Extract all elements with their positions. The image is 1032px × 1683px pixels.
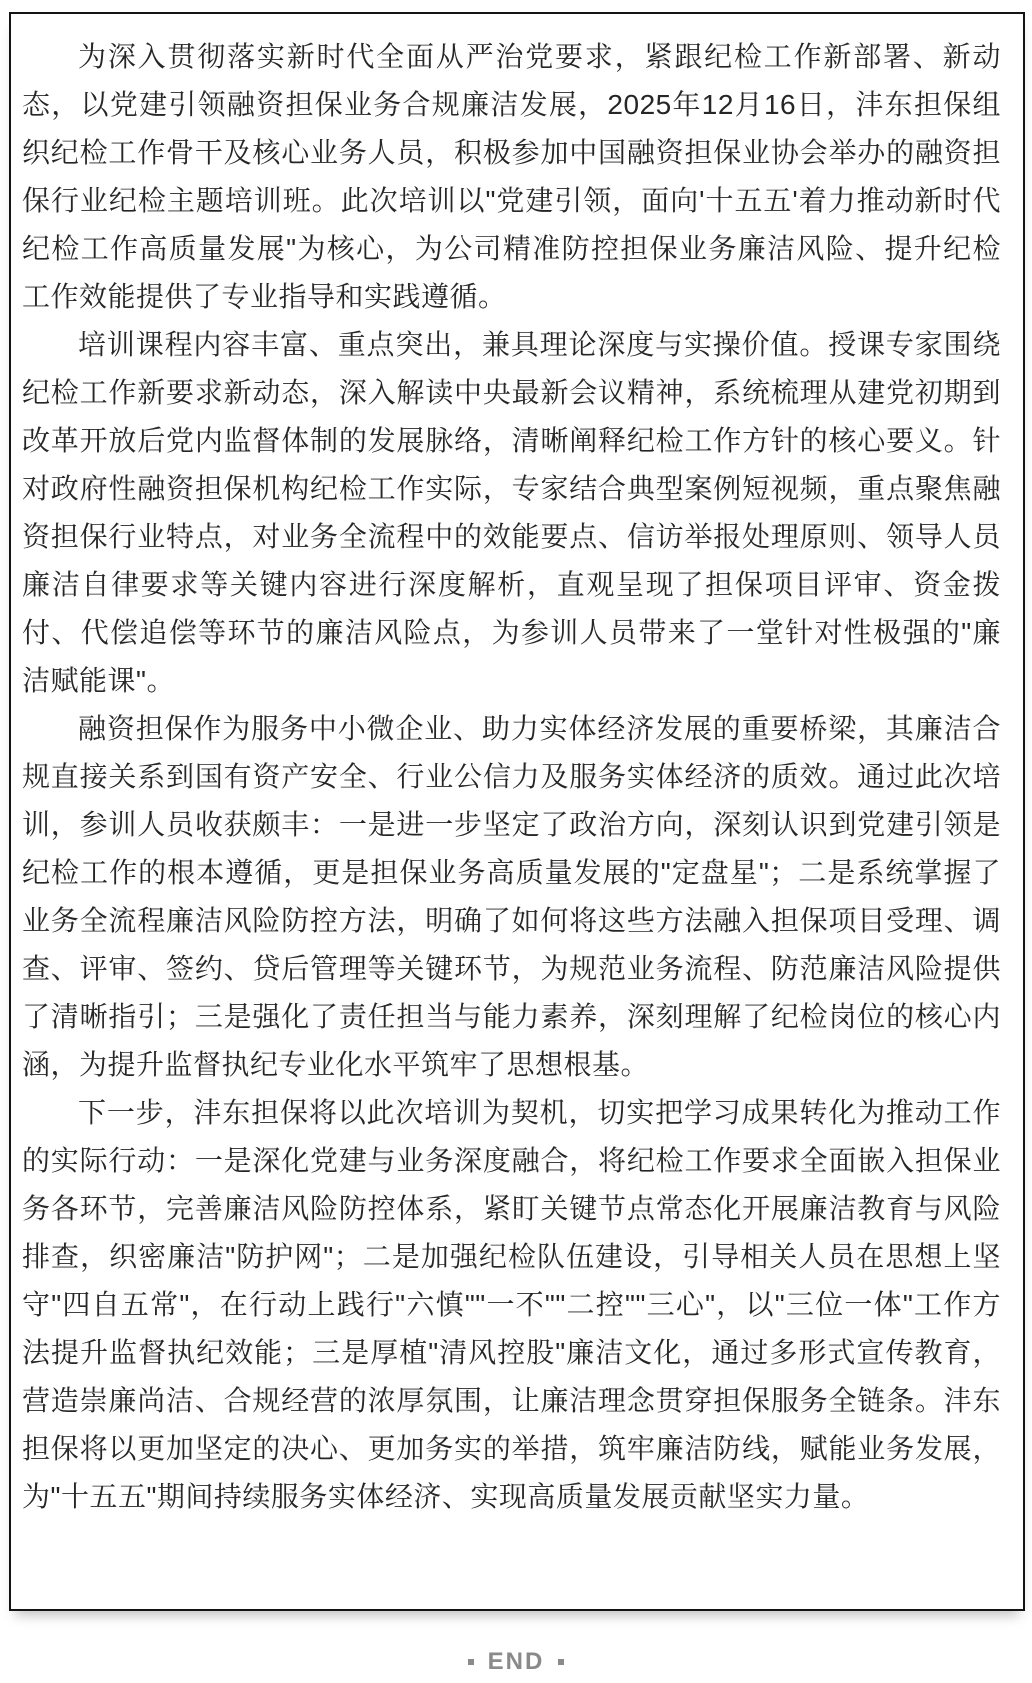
article-paragraph: 下一步，沣东担保将以此次培训为契机，切实把学习成果转化为推动工作的实际行动：一是… <box>22 1089 1001 1521</box>
end-dot-right-icon <box>558 1659 564 1665</box>
article-body: 为深入贯彻落实新时代全面从严治党要求，紧跟纪检工作新部署、新动态，以党建引领融资… <box>9 12 1025 1611</box>
end-dot-left-icon <box>468 1659 474 1665</box>
end-marker: END <box>0 1650 1032 1674</box>
article-page: 为深入贯彻落实新时代全面从严治党要求，紧跟纪检工作新部署、新动态，以党建引领融资… <box>0 0 1032 1683</box>
article-paragraph: 融资担保作为服务中小微企业、助力实体经济发展的重要桥梁，其廉洁合规直接关系到国有… <box>22 705 1001 1089</box>
article-paragraph: 为深入贯彻落实新时代全面从严治党要求，紧跟纪检工作新部署、新动态，以党建引领融资… <box>22 33 1001 321</box>
end-label: END <box>488 1650 545 1674</box>
article-paragraph: 培训课程内容丰富、重点突出，兼具理论深度与实操价值。授课专家围绕纪检工作新要求新… <box>22 321 1001 705</box>
